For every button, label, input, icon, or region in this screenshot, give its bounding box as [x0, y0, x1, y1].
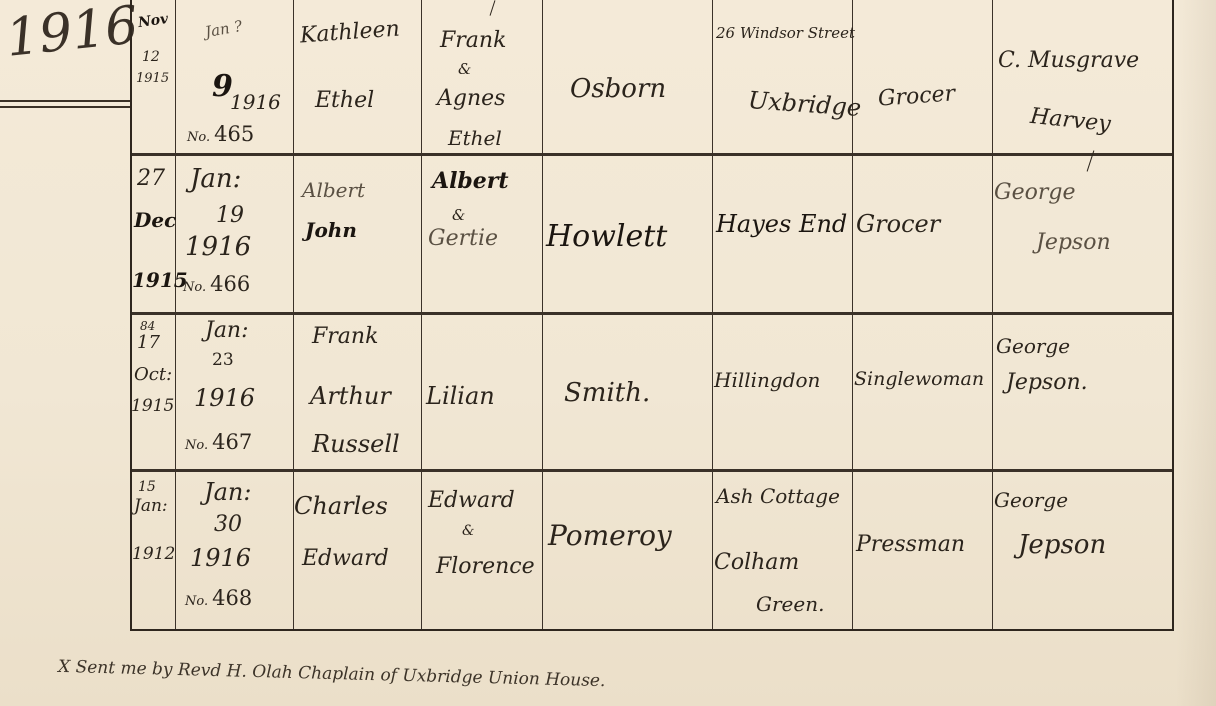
mother-name-line1: Florence — [436, 556, 535, 578]
entry-number-value: 466 — [210, 272, 250, 296]
trade: Singlewoman — [854, 370, 984, 389]
and-symbol: & — [458, 62, 471, 77]
surname: Smith. — [564, 380, 650, 406]
number-label: No. — [183, 280, 206, 295]
margin-year: 1916 — [4, 0, 141, 65]
abode-line3: Green. — [756, 594, 824, 614]
row-divider — [132, 469, 1172, 472]
trade: Pressman — [856, 534, 965, 556]
mother-name-line1: Gertie — [428, 228, 498, 250]
baptized-day: 30 — [214, 514, 242, 536]
child-name-line1: Albert — [302, 180, 365, 200]
abode-line2: Uxbridge — [747, 88, 862, 120]
surname: Osborn — [570, 76, 666, 102]
born-year: 1915 — [131, 398, 174, 415]
row-divider — [132, 312, 1172, 315]
abode-line1: Hayes End — [716, 212, 847, 236]
born-note: 84 — [140, 320, 155, 332]
number-label: No. — [185, 594, 208, 609]
baptized-month: Jan: — [204, 480, 251, 504]
officiant-line1: George — [996, 336, 1070, 356]
child-name-line2: John — [305, 220, 357, 240]
child-name-line2: Edward — [302, 548, 389, 570]
surname: Pomeroy — [548, 522, 672, 550]
born-day: 27 — [137, 168, 165, 190]
abode-line1: Ash Cottage — [716, 486, 840, 506]
born-month: Nov — [137, 12, 169, 30]
number-label: No. — [187, 130, 210, 145]
mother-name-line1: Lilian — [426, 384, 495, 408]
child-name-line3: Russell — [312, 432, 400, 456]
and-symbol: & — [452, 208, 465, 223]
born-month: Oct: — [134, 366, 172, 384]
born-year: 1912 — [132, 546, 175, 563]
page-edge-shadow — [1176, 0, 1216, 706]
born-year: 1915 — [136, 72, 169, 85]
officiant-line1: C. Musgrave — [998, 50, 1139, 72]
trade: Grocer — [877, 83, 956, 110]
baptized-month: Jan: — [205, 320, 249, 342]
baptized-year: 1916 — [185, 234, 251, 260]
mother-name-line2: Ethel — [448, 128, 502, 148]
mother-name-line1: Agnes — [437, 88, 505, 110]
abode-line1: 26 Windsor Street — [716, 26, 855, 41]
child-name-line2: Arthur — [310, 384, 391, 408]
born-year: 1915 — [132, 270, 188, 290]
officiant-line2: Jepson. — [1006, 372, 1088, 394]
entry-number-value: 465 — [214, 122, 254, 146]
entry-number: No.466 — [183, 272, 250, 296]
entry-number: No.465 — [187, 122, 254, 146]
baptized-day: 19 — [216, 205, 244, 227]
father-name: Edward — [428, 490, 515, 512]
born-day: 12 — [142, 50, 160, 64]
father-name: Albert — [432, 170, 509, 192]
baptized-year: 1916 — [230, 92, 281, 112]
row-divider — [132, 153, 1172, 156]
abode-line1: Hillingdon — [714, 370, 820, 390]
baptized-month: Jan: — [190, 166, 241, 192]
trade: Grocer — [856, 212, 940, 236]
child-name-line1: Frank — [312, 326, 378, 348]
child-name-line2: Ethel — [315, 90, 374, 112]
child-name-line1: Charles — [294, 494, 388, 518]
officiant-line2: Jepson — [1036, 232, 1111, 254]
abode-line2: Colham — [714, 552, 799, 574]
born-month: Dec — [134, 210, 176, 230]
baptized-year: 1916 — [194, 386, 255, 410]
margin-double-rule-bottom — [0, 106, 132, 108]
baptized-day: 23 — [212, 352, 234, 369]
and-symbol: & — [462, 524, 474, 538]
margin-double-rule-top — [0, 100, 132, 102]
surname: Howlett — [546, 222, 667, 252]
entry-number-value: 468 — [212, 586, 252, 610]
entry-number: No.468 — [185, 586, 252, 610]
entry-number: No.467 — [185, 430, 252, 454]
baptized-year: 1916 — [190, 546, 251, 570]
officiant-line2: Jepson — [1018, 532, 1106, 558]
officiant-line1: George — [994, 490, 1068, 510]
officiant-line1: George — [994, 182, 1075, 204]
born-day: 15 — [138, 480, 156, 494]
entry-number-value: 467 — [212, 430, 252, 454]
number-label: No. — [185, 438, 208, 453]
born-day: 17 — [137, 334, 160, 352]
footnote-annotation: X Sent me by Revd H. Olah Chaplain of Ux… — [58, 659, 606, 690]
father-name: Frank — [440, 30, 506, 52]
born-month: Jan: — [134, 498, 168, 515]
